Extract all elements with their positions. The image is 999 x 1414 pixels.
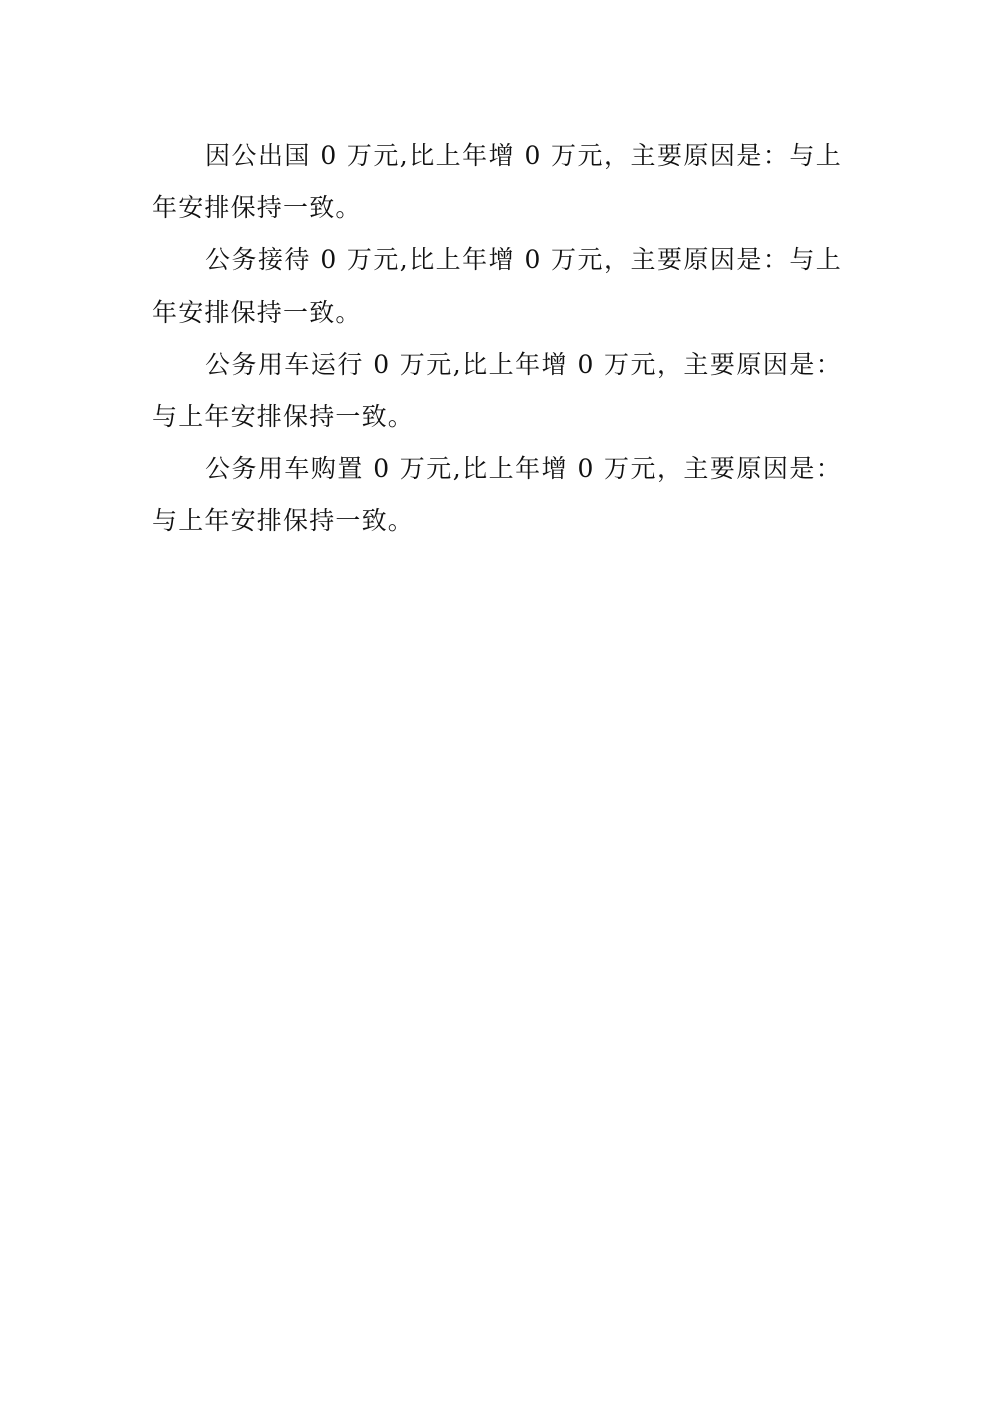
paragraph-official-reception: 公务接待 0 万元,比上年增 0 万元，主要原因是：与上年安排保持一致。 (152, 234, 842, 338)
paragraph-vehicle-purchase: 公务用车购置 0 万元,比上年增 0 万元，主要原因是：与上年安排保持一致。 (152, 443, 842, 547)
document-page: 因公出国 0 万元,比上年增 0 万元，主要原因是：与上年安排保持一致。 公务接… (152, 130, 842, 548)
paragraph-overseas-travel: 因公出国 0 万元,比上年增 0 万元，主要原因是：与上年安排保持一致。 (152, 130, 842, 234)
paragraph-vehicle-operation: 公务用车运行 0 万元,比上年增 0 万元，主要原因是：与上年安排保持一致。 (152, 339, 842, 443)
